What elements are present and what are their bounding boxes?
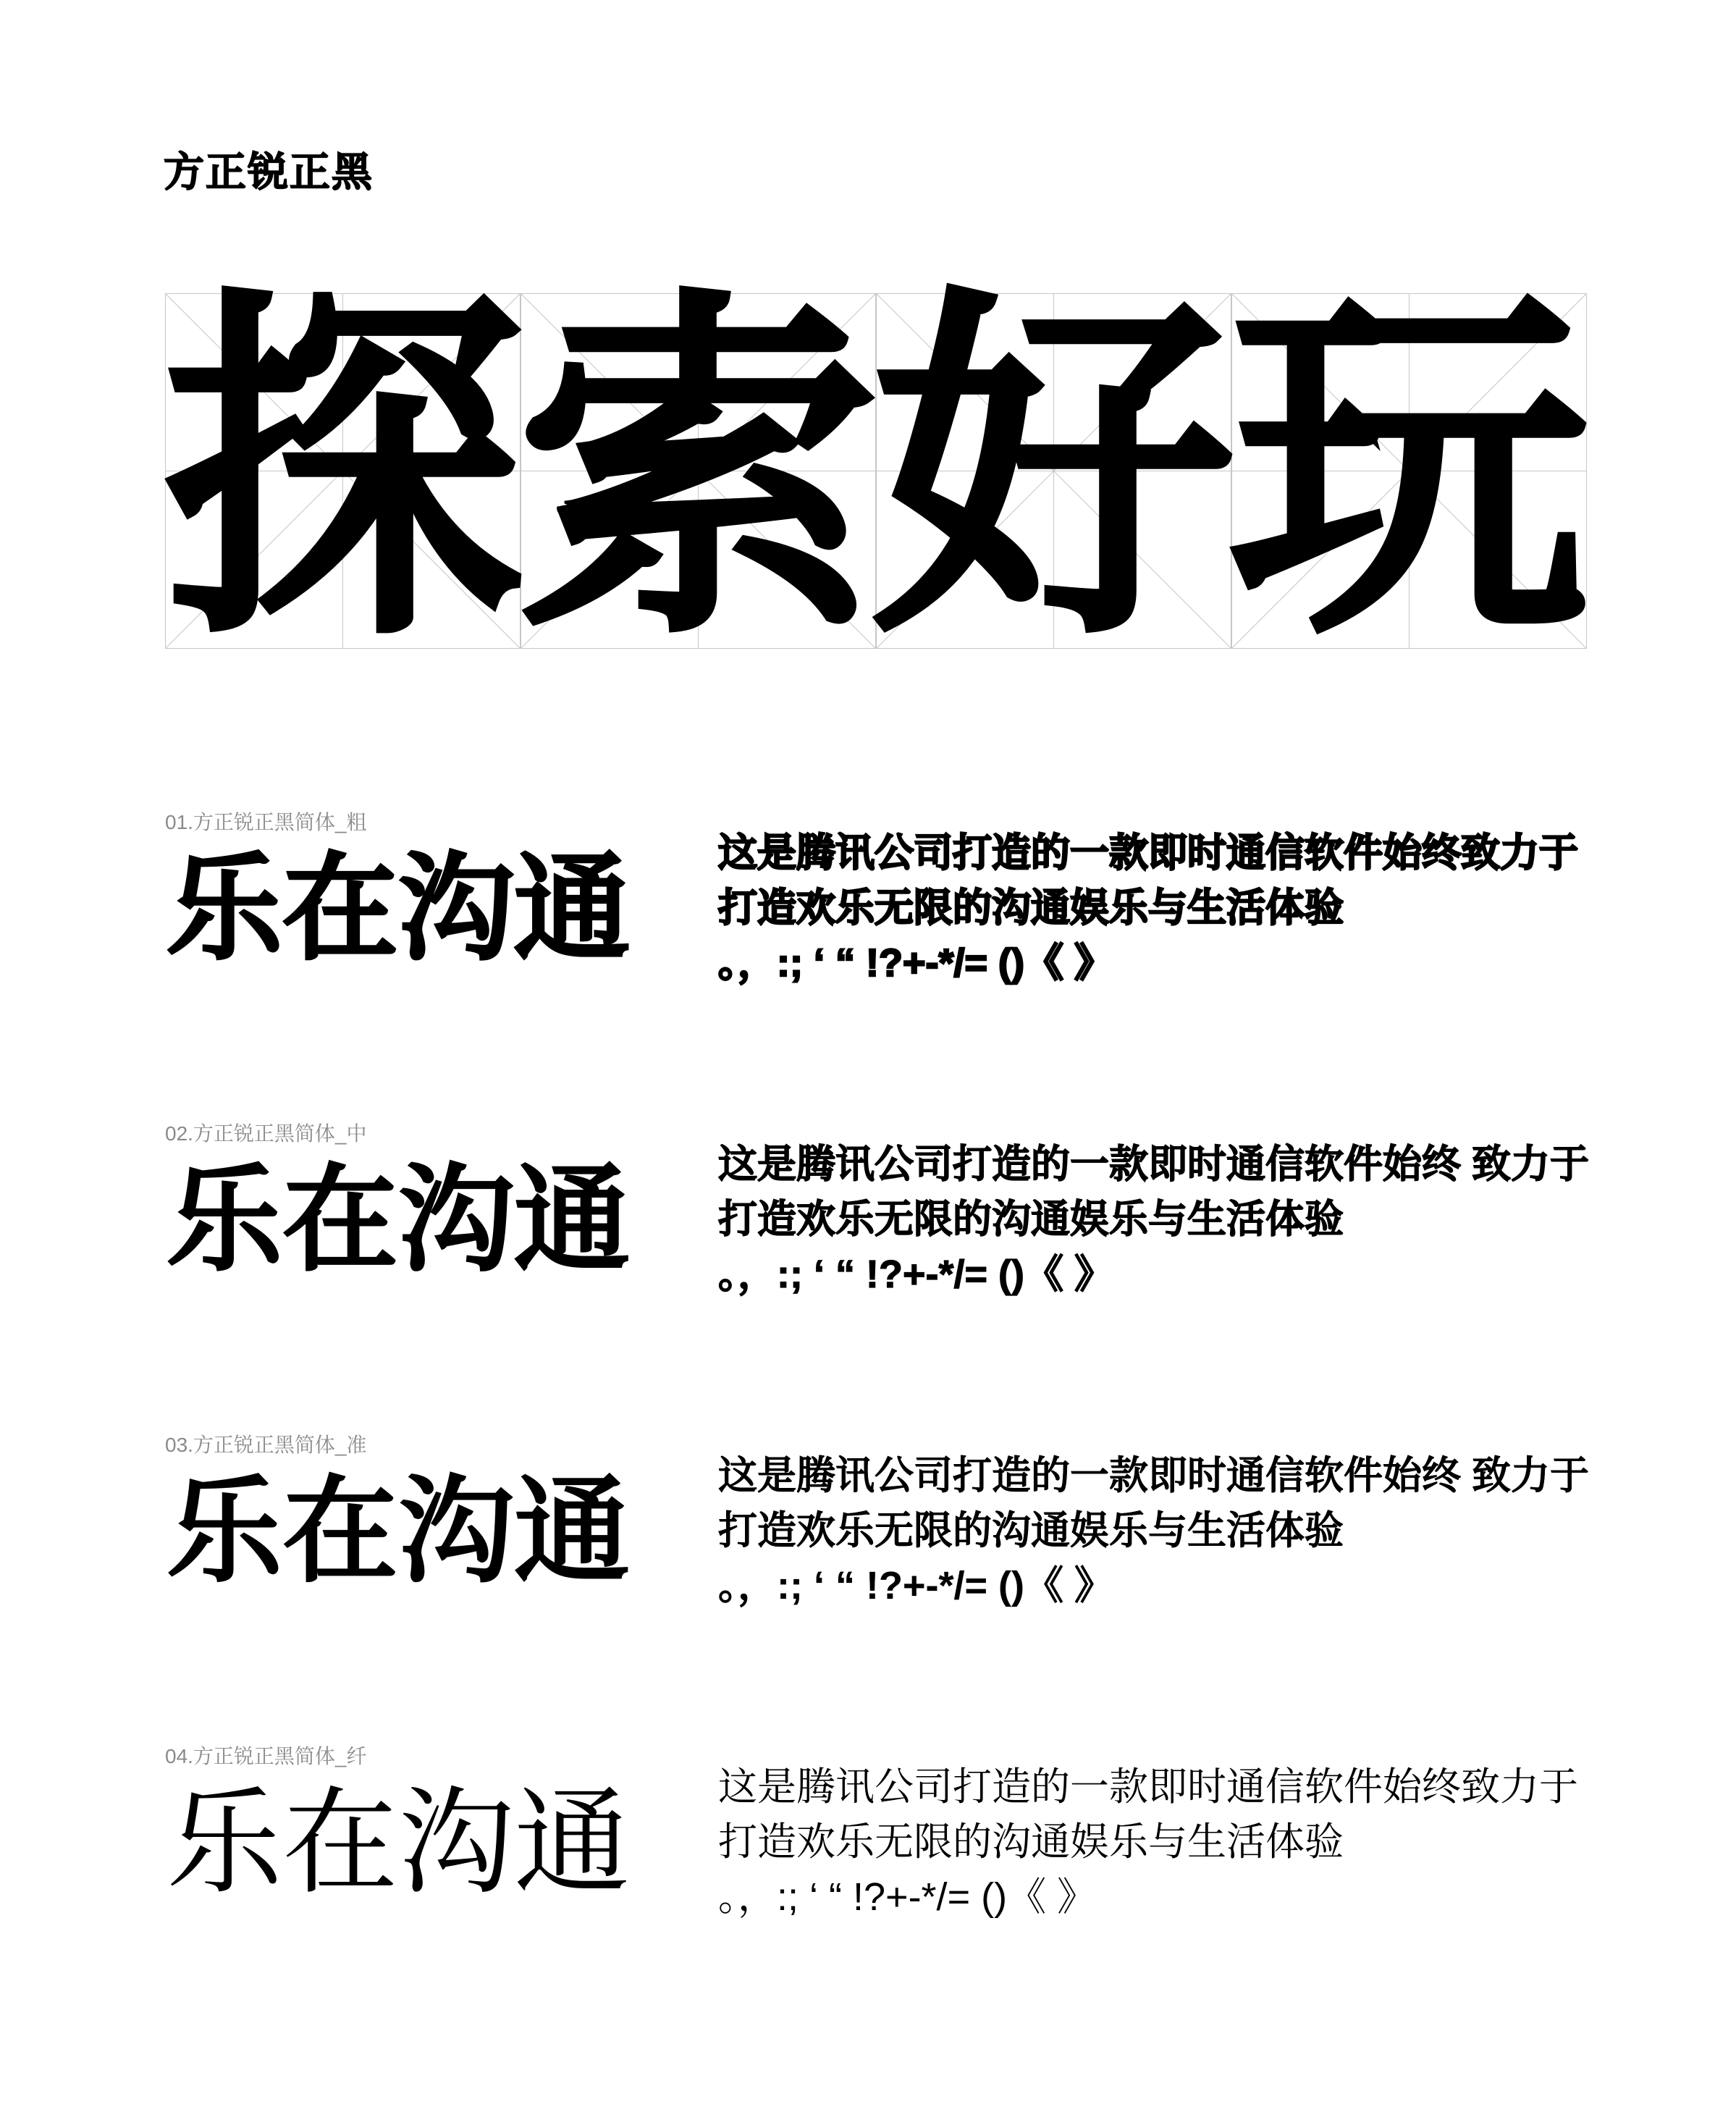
grid-cell: 好	[876, 293, 1231, 649]
display-character: 探	[162, 293, 524, 649]
grid-cell: 玩	[1231, 293, 1587, 649]
sample-heading: 乐在沟通	[167, 1151, 630, 1289]
section-label: 02.方正锐正黑简体_中	[165, 1122, 367, 1145]
page-title: 方正锐正黑	[164, 140, 374, 198]
section-label: 01.方正锐正黑简体_粗	[165, 811, 367, 834]
paragraph-line: 这是腾讯公司打造的一款即时通信软件始终致力于	[718, 825, 1609, 880]
sample-paragraph: 这是腾讯公司打造的一款即时通信软件始终致力于 打造欢乐无限的沟通娱乐与生活体验 …	[718, 1759, 1609, 1925]
paragraph-line: 打造欢乐无限的沟通娱乐与生活体验	[718, 1503, 1609, 1558]
paragraph-line: 这是腾讯公司打造的一款即时通信软件始终 致力于	[718, 1448, 1609, 1503]
grid-cell: 索	[521, 293, 876, 649]
display-character: 玩	[1229, 293, 1590, 649]
display-character: 好	[873, 293, 1235, 649]
grid-cell: 探	[165, 293, 521, 649]
sample-heading: 乐在沟通	[167, 840, 630, 977]
sample-heading: 乐在沟通	[167, 1463, 630, 1600]
paragraph-line: 。，:; ‘ “ !?+-*/= ()《 》	[718, 1247, 1609, 1302]
paragraph-line: 这是腾讯公司打造的一款即时通信软件始终致力于	[718, 1759, 1609, 1814]
sample-paragraph: 这是腾讯公司打造的一款即时通信软件始终致力于 打造欢乐无限的沟通娱乐与生活体验 …	[718, 825, 1609, 991]
section-label: 04.方正锐正黑简体_纤	[165, 1745, 367, 1768]
sample-paragraph: 这是腾讯公司打造的一款即时通信软件始终 致力于 打造欢乐无限的沟通娱乐与生活体验…	[718, 1137, 1609, 1302]
section-label: 03.方正锐正黑简体_准	[165, 1434, 367, 1457]
display-character: 索	[518, 293, 880, 649]
paragraph-line: 。，:; ‘ “ !?+-*/= ()《 》	[718, 1558, 1609, 1613]
paragraph-line: 打造欢乐无限的沟通娱乐与生活体验	[718, 1192, 1609, 1247]
display-grid: 探 索 好	[165, 293, 1587, 649]
paragraph-line: 这是腾讯公司打造的一款即时通信软件始终 致力于	[718, 1137, 1609, 1192]
sample-heading: 乐在沟通	[167, 1774, 630, 1912]
paragraph-line: 。，:; ‘ “ !?+-*/= ()《 》	[718, 935, 1609, 991]
paragraph-line: 。，:; ‘ “ !?+-*/= ()《 》	[718, 1870, 1609, 1925]
paragraph-line: 打造欢乐无限的沟通娱乐与生活体验	[718, 880, 1609, 935]
sample-paragraph: 这是腾讯公司打造的一款即时通信软件始终 致力于 打造欢乐无限的沟通娱乐与生活体验…	[718, 1448, 1609, 1613]
paragraph-line: 打造欢乐无限的沟通娱乐与生活体验	[718, 1814, 1609, 1870]
